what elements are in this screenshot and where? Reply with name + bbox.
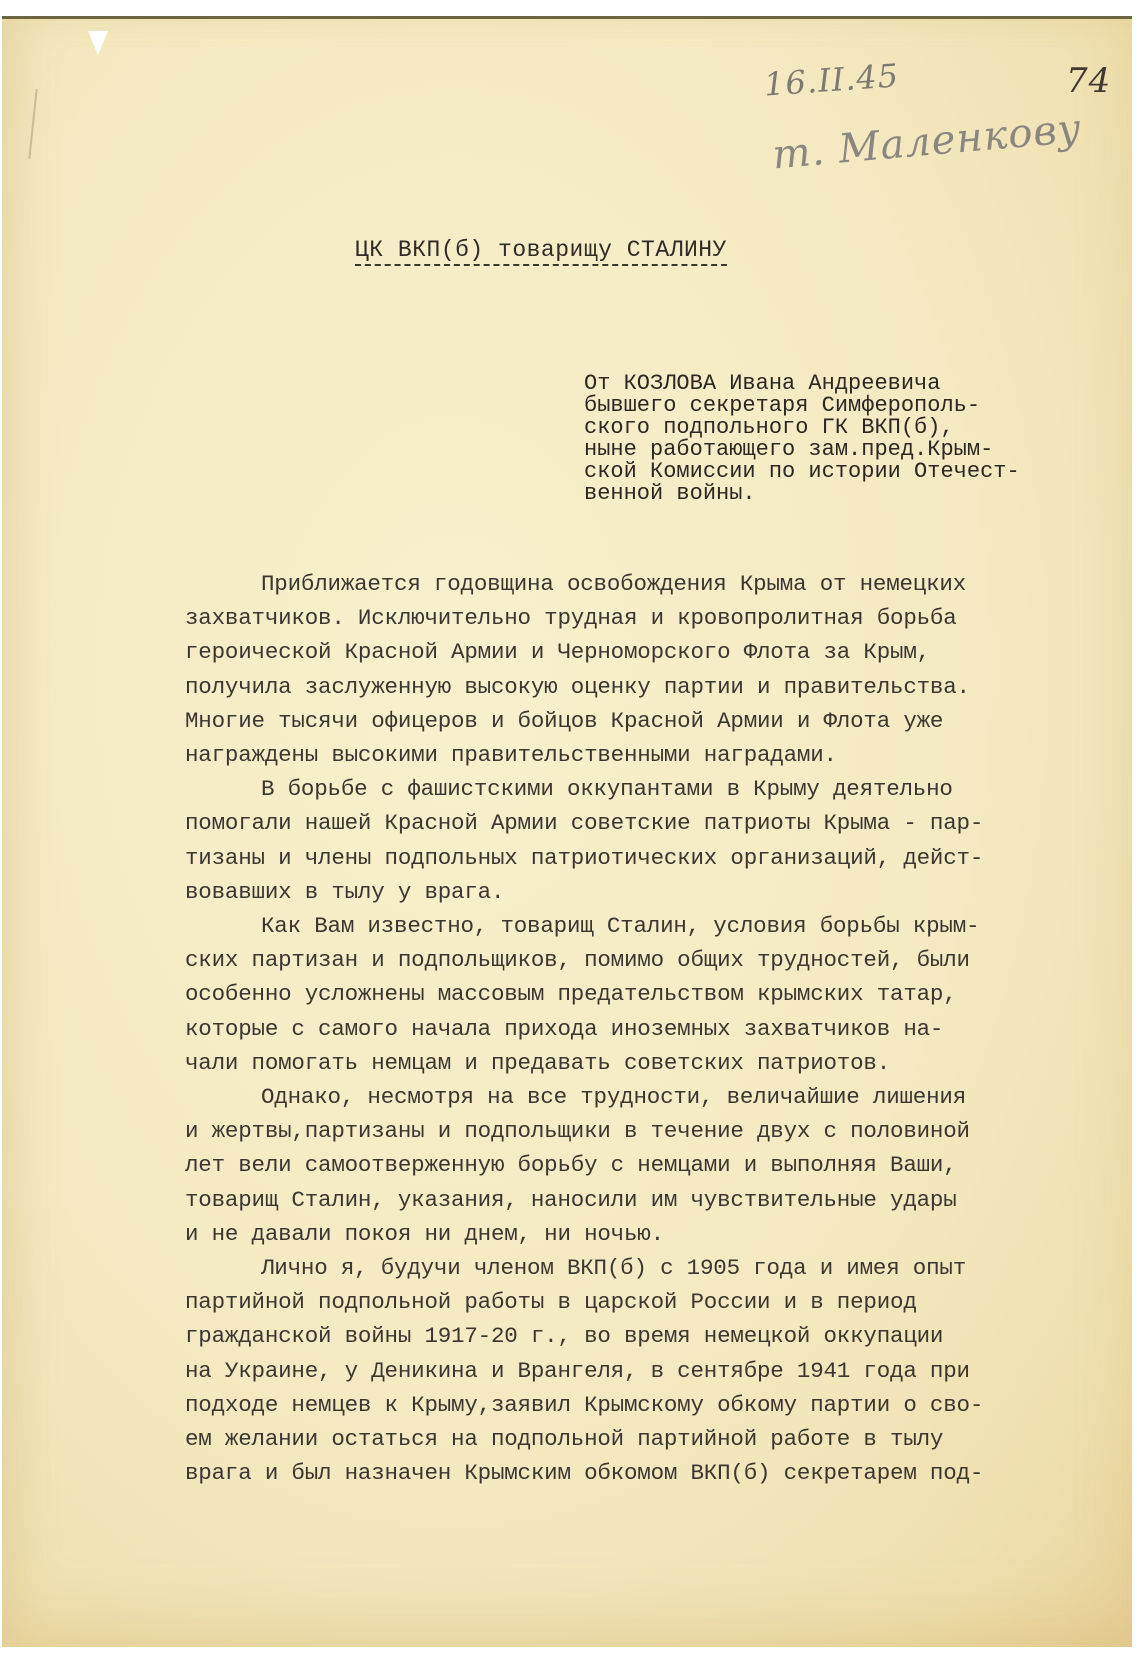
paragraph: Приближается годовщина освобождения Крым… xyxy=(185,567,1105,772)
text-line: В борьбе с фашистскими оккупантами в Кры… xyxy=(185,772,1105,806)
text-line: и жертвы,партизаны и подпольщики в течен… xyxy=(185,1114,1105,1148)
handwritten-resolution: т. Маленкову xyxy=(771,106,1084,179)
text-line: Как Вам известно, товарищ Сталин, услови… xyxy=(185,909,1105,943)
text-line: награждены высокими правительственными н… xyxy=(185,738,1105,772)
letter-body: Приближается годовщина освобождения Крым… xyxy=(185,567,1105,1490)
handwritten-page-number: 74 xyxy=(1066,61,1111,101)
handwritten-date: 16.II.45 xyxy=(763,56,900,103)
text-line: помогали нашей Красной Армии советские п… xyxy=(185,806,1105,840)
text-line: вовавших в тылу у врага. xyxy=(185,875,1105,909)
paragraph: Однако, несмотря на все трудности, велич… xyxy=(185,1080,1105,1251)
paper-notch xyxy=(88,31,108,55)
text-line: партийной подпольной работы в царской Ро… xyxy=(185,1285,1105,1319)
sender-line: От КОЗЛОВА Ивана Андреевича xyxy=(584,373,1104,395)
sender-line: ской Комиссии по истории Отечест- xyxy=(584,461,1104,483)
text-line: ем желании остаться на подпольной партий… xyxy=(185,1422,1105,1456)
text-line: которые с самого начала прихода иноземны… xyxy=(185,1012,1105,1046)
paragraph: Лично я, будучи членом ВКП(б) с 1905 год… xyxy=(185,1251,1105,1490)
text-line: Приближается годовщина освобождения Крым… xyxy=(185,567,1105,601)
text-line: подходе немцев к Крыму,заявил Крымскому … xyxy=(185,1388,1105,1422)
sender-line: бывшего секретаря Симферополь- xyxy=(584,395,1104,417)
text-line: и не давали покоя ни днем, ни ночью. xyxy=(185,1217,1105,1251)
document-title: ЦК ВКП(б) товарищу СТАЛИНУ xyxy=(355,237,727,266)
text-line: на Украине, у Деникина и Врангеля, в сен… xyxy=(185,1354,1105,1388)
text-line: тизаны и члены подпольных патриотических… xyxy=(185,841,1105,875)
paragraph: Как Вам известно, товарищ Сталин, услови… xyxy=(185,909,1105,1080)
paper-edge-mark xyxy=(28,89,37,159)
text-line: Лично я, будучи членом ВКП(б) с 1905 год… xyxy=(185,1251,1105,1285)
paragraph: В борьбе с фашистскими оккупантами в Кры… xyxy=(185,772,1105,909)
document-page: 16.II.45 74 т. Маленкову ЦК ВКП(б) товар… xyxy=(2,16,1132,1647)
text-line: Многие тысячи офицеров и бойцов Красной … xyxy=(185,704,1105,738)
text-line: захватчиков. Исключительно трудная и кро… xyxy=(185,601,1105,635)
text-line: врага и был назначен Крымским обкомом ВК… xyxy=(185,1456,1105,1490)
text-line: товарищ Сталин, указания, наносили им чу… xyxy=(185,1183,1105,1217)
text-line: особенно усложнены массовым предательств… xyxy=(185,977,1105,1011)
sender-line: венной войны. xyxy=(584,483,1104,505)
text-line: гражданской войны 1917-20 г., во время н… xyxy=(185,1319,1105,1353)
sender-block: От КОЗЛОВА Ивана Андреевичабывшего секре… xyxy=(584,373,1104,505)
text-line: героической Красной Армии и Черноморског… xyxy=(185,635,1105,669)
text-line: получила заслуженную высокую оценку парт… xyxy=(185,670,1105,704)
text-line: ских партизан и подпольщиков, помимо общ… xyxy=(185,943,1105,977)
sender-line: ныне работающего зам.пред.Крым- xyxy=(584,439,1104,461)
text-line: лет вели самоотверженную борьбу с немцам… xyxy=(185,1148,1105,1182)
sender-line: ского подпольного ГК ВКП(б), xyxy=(584,417,1104,439)
text-line: Однако, несмотря на все трудности, велич… xyxy=(185,1080,1105,1114)
text-line: чали помогать немцам и предавать советск… xyxy=(185,1046,1105,1080)
